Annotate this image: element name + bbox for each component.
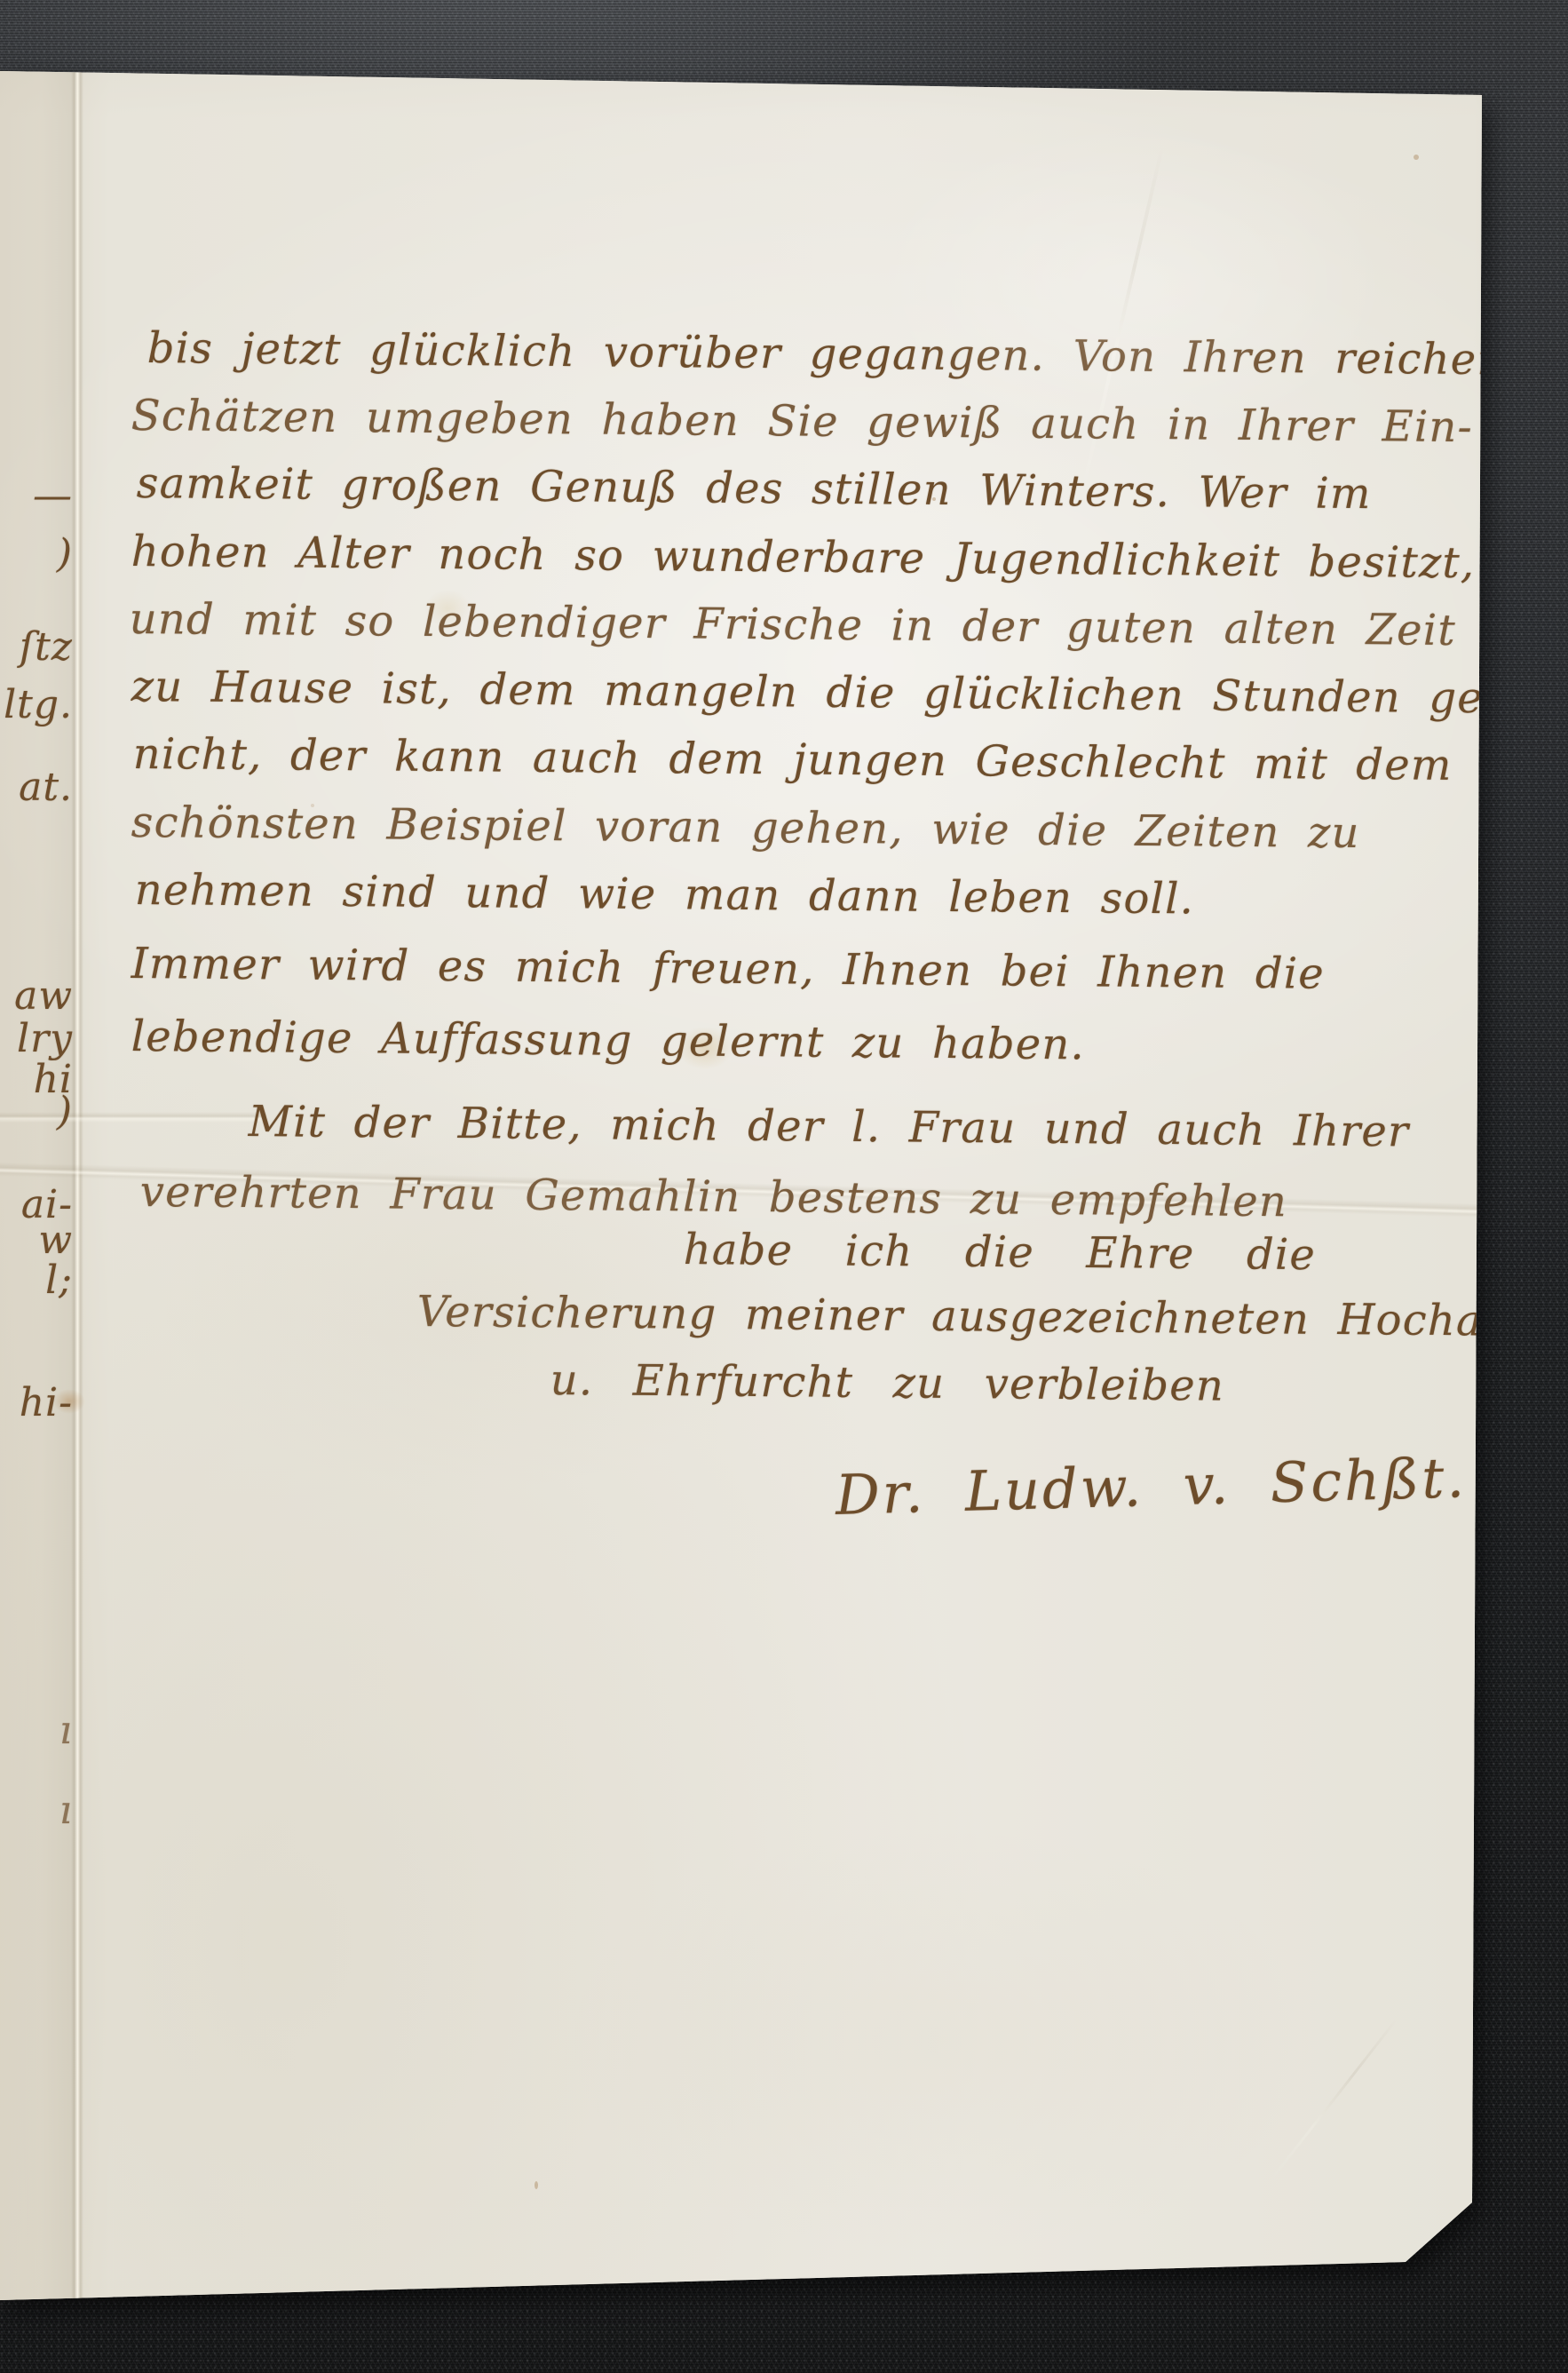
handwriting-line: Versicherung meiner ausgezeichneten Hoch… bbox=[417, 1288, 1568, 1347]
foxing-speck bbox=[1414, 155, 1419, 160]
handwriting-line: hohen Alter noch so wunderbare Jugendlic… bbox=[131, 528, 1476, 588]
foxing-speck bbox=[311, 804, 314, 807]
handwriting-line: Immer wird es mich freuen, Ihnen bei Ihn… bbox=[131, 940, 1326, 999]
margin-fragment: w bbox=[0, 1219, 73, 1262]
handwriting-line: nehmen sind und wie man dann leben soll. bbox=[135, 866, 1195, 925]
scan-canvas: bis jetzt glücklich vorüber gegangen. Vo… bbox=[0, 0, 1568, 2373]
handwriting-line: habe ich die Ehre die bbox=[684, 1226, 1317, 1280]
foxing-speck bbox=[535, 2181, 538, 2189]
margin-fragment: lry bbox=[0, 1018, 73, 1060]
wrinkle-mark bbox=[1081, 147, 1164, 494]
margin-fragment: ) bbox=[0, 533, 73, 575]
handwriting-line: samkeit großen Genuß des stillen Winters… bbox=[137, 459, 1372, 519]
margin-fragment: ) bbox=[0, 1091, 73, 1133]
margin-fragment: ltg. bbox=[0, 684, 73, 726]
margin-fragment: ſtz bbox=[0, 626, 73, 669]
horizontal-crease-left bbox=[0, 1112, 266, 1123]
handwriting-line: lebendige Auffassung gelernt zu haben. bbox=[131, 1012, 1086, 1070]
handwriting-line: u. Ehrfurcht zu verbleiben bbox=[550, 1356, 1225, 1411]
ink-stain bbox=[677, 1027, 733, 1069]
signature: Dr. Ludw. v. Schßt. bbox=[835, 1446, 1468, 1527]
ink-stain bbox=[53, 1389, 85, 1414]
handwriting-line: verehrten Frau Gemahlin bestens zu empfe… bbox=[140, 1168, 1288, 1226]
margin-fragment: l; bbox=[0, 1259, 73, 1302]
handwriting-line: und mit so lebendiger Frische in der gut… bbox=[130, 595, 1457, 655]
letter-page: bis jetzt glücklich vorüber gegangen. Vo… bbox=[0, 0, 1568, 2373]
handwriting-line: bis jetzt glücklich vorüber gegangen. Vo… bbox=[147, 324, 1506, 385]
margin-fragment: — bbox=[0, 475, 73, 518]
ink-stain bbox=[424, 590, 471, 627]
margin-fragment: ı bbox=[0, 1710, 73, 1752]
wrinkle-mark bbox=[1270, 2019, 1398, 2181]
margin-fragment: at. bbox=[0, 766, 73, 809]
handwriting-line: Schätzen umgeben haben Sie gewiß auch in… bbox=[131, 392, 1474, 452]
margin-fragment: ı bbox=[0, 1790, 73, 1832]
handwriting-line: zu Hause ist, dem mangeln die glückliche… bbox=[131, 663, 1566, 724]
margin-fragment: hi bbox=[0, 1059, 73, 1101]
margin-fragment: ai- bbox=[0, 1184, 73, 1226]
margin-fragment: aw bbox=[0, 975, 73, 1018]
handwriting-line: schönsten Beispiel voran gehen, wie die … bbox=[131, 798, 1360, 858]
foxing-speck bbox=[932, 497, 936, 501]
horizontal-crease bbox=[0, 1162, 1501, 1218]
paper-wrap: bis jetzt glücklich vorüber gegangen. Vo… bbox=[0, 0, 1568, 2373]
vertical-fold-line bbox=[71, 69, 83, 2302]
handwriting-line: Mit der Bitte, mich der l. Frau und auch… bbox=[249, 1098, 1410, 1157]
handwriting-line: nicht, der kann auch dem jungen Geschlec… bbox=[133, 730, 1453, 790]
facing-page-strip bbox=[0, 69, 75, 2302]
margin-fragment: hi- bbox=[0, 1382, 73, 1425]
